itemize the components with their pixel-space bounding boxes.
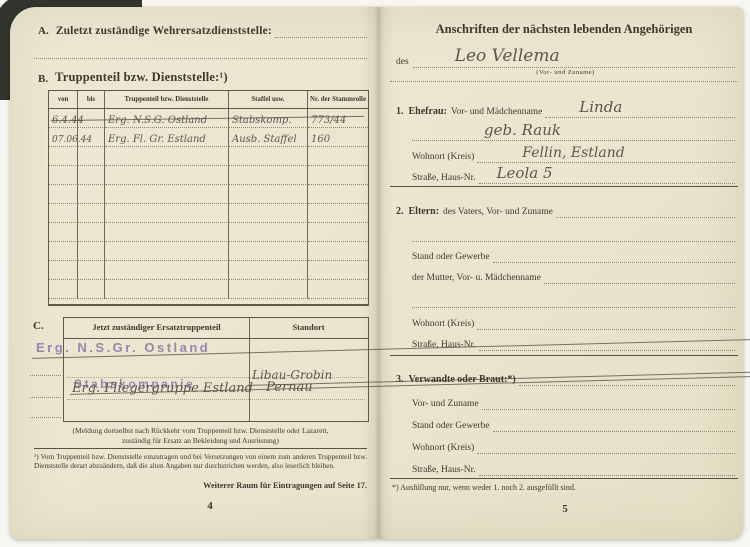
s3-number: 3. xyxy=(396,374,404,386)
empty-cell xyxy=(105,147,229,166)
blank-dotted-line xyxy=(34,58,367,59)
dotted-leader xyxy=(544,263,735,284)
s3-stand-label: Stand oder Gewerbe xyxy=(412,421,490,432)
s2-mutter-label: der Mutter, Vor- u. Mädchenname xyxy=(412,273,541,284)
col-header-von: von xyxy=(49,91,78,109)
meldung-note-line2: zuständig für Ersatz an Bekleidung und A… xyxy=(34,436,367,446)
empty-cell xyxy=(105,280,229,299)
cell-stammrolle: 160 xyxy=(308,128,368,147)
s2-row-vater: 2. Eltern: des Vaters, Vor- und Zuname xyxy=(396,196,735,218)
empty-cell xyxy=(308,242,368,261)
empty-cell xyxy=(308,204,368,223)
right-footnote: *) Ausfüllung nur, wenn weder 1. noch 2.… xyxy=(392,483,732,492)
cell-bis xyxy=(78,128,105,147)
s3-name-label: Vor- und Zuname xyxy=(412,399,479,410)
footnote-separator xyxy=(390,478,738,479)
blank-dotted-line xyxy=(390,81,738,82)
dotted-leader: Linda xyxy=(545,93,735,118)
empty-cell xyxy=(229,280,308,299)
s1-strasse-value: Leola 5 xyxy=(497,164,553,182)
meldung-note-line1: (Meldung dortselbst nach Rückkehr vom Tr… xyxy=(34,426,367,436)
s2-row-strasse: Straße, Haus-Nr. xyxy=(412,331,735,351)
entry-staffel-2: Ausb. Staffel xyxy=(232,134,297,145)
dotted-leader xyxy=(479,455,735,476)
s3-wohnort-label: Wohnort (Kreis) xyxy=(412,443,474,454)
more-room-note: Weiterer Raum für Eintragungen auf Seite… xyxy=(34,481,367,490)
dotted-leader xyxy=(477,309,735,330)
header-underline xyxy=(64,338,368,339)
dotted-leader xyxy=(482,389,735,410)
dotted-leader xyxy=(556,195,735,218)
name-hint: (Vor- und Zuname) xyxy=(396,69,735,76)
empty-cell xyxy=(229,204,308,223)
s2-number: 2. xyxy=(396,206,404,218)
document-scan: A. Zuletzt zuständige Wehrersatzdienstst… xyxy=(0,0,750,547)
empty-cell xyxy=(105,166,229,185)
s3-row-wohnort: Wohnort (Kreis) xyxy=(412,434,735,454)
s1-row-wohnort: Wohnort (Kreis) Fellin, Estland xyxy=(412,141,735,163)
empty-cell xyxy=(105,242,229,261)
dotted-leader xyxy=(479,330,735,351)
empty-cell xyxy=(308,261,368,280)
c-row-dotted-line xyxy=(67,399,365,400)
s1-row-geb: geb. Rauk xyxy=(412,119,735,141)
dotted-leader xyxy=(519,365,735,386)
s1-row-name: 1. Ehefrau: Vor- und Mädchenname Linda xyxy=(396,94,735,118)
section-b-title: Truppenteil bzw. Dienststelle:¹) xyxy=(55,70,228,86)
section-b-letter: B. xyxy=(38,73,48,86)
empty-cell xyxy=(78,280,105,299)
page-number-left: 4 xyxy=(150,500,270,512)
empty-cell xyxy=(49,280,78,299)
s3-strasse-label: Straße, Haus-Nr. xyxy=(412,465,476,476)
section-a-title: Zuletzt zuständige Wehrersatzdienststell… xyxy=(56,25,272,38)
empty-cell xyxy=(105,223,229,242)
unit-assignments-table: von bis Truppenteil bzw. Dienststelle St… xyxy=(48,90,369,306)
empty-cell xyxy=(78,261,105,280)
empty-cell xyxy=(78,166,105,185)
left-footnote: ¹) Vom Truppenteil bzw. Dienststelle ein… xyxy=(34,452,367,470)
section-a-row: A. Zuletzt zuständige Wehrersatzdienstst… xyxy=(38,20,367,38)
empty-cell xyxy=(229,185,308,204)
dotted-leader: geb. Rauk xyxy=(412,118,735,141)
col-header-unit: Truppenteil bzw. Dienststelle xyxy=(105,91,229,109)
s1-name-value: Linda xyxy=(579,98,622,116)
empty-cell xyxy=(78,147,105,166)
empty-cell xyxy=(229,242,308,261)
s1-strasse-label: Straße, Haus-Nr. xyxy=(412,173,476,184)
empty-cell xyxy=(49,261,78,280)
s2-stand-label: Stand oder Gewerbe xyxy=(412,252,490,263)
empty-cell xyxy=(229,166,308,185)
empty-cell xyxy=(308,223,368,242)
margin-dotted-segment xyxy=(30,397,61,398)
margin-dotted-segment xyxy=(30,417,61,418)
empty-cell xyxy=(49,166,78,185)
empty-cell xyxy=(308,185,368,204)
s1-wohnort-value: Fellin, Estland xyxy=(522,145,624,161)
empty-cell xyxy=(308,147,368,166)
empty-cell xyxy=(49,204,78,223)
cell-unit: Erg. Fl. Gr. Estland xyxy=(105,128,229,147)
s2-label: des Vaters, Vor- und Zuname xyxy=(443,207,553,218)
empty-cell xyxy=(78,223,105,242)
cell-stammrolle: 773/44 xyxy=(308,109,368,128)
s3-row-stand: Stand oder Gewerbe xyxy=(412,412,735,432)
empty-cell xyxy=(308,280,368,299)
empty-cell xyxy=(78,242,105,261)
dotted-leader xyxy=(275,19,367,38)
s2-key: Eltern: xyxy=(409,206,440,218)
des-label: des xyxy=(396,57,409,68)
cell-von: 07.06.44 xyxy=(49,128,78,147)
s2-strasse-label: Straße, Haus-Nr. xyxy=(412,340,476,351)
col-header-stammrolle: Nr. der Stammrolle xyxy=(308,91,368,109)
cell-von: 6.4.44 xyxy=(49,109,78,128)
c-header-standort: Standort xyxy=(249,322,368,332)
section-c-letter: C. xyxy=(33,320,44,332)
entry-unit-2: Erg. Fl. Gr. Estland xyxy=(108,134,206,145)
s1-row-strasse: Straße, Haus-Nr. Leola 5 xyxy=(412,162,735,184)
col-header-staffel: Staffel usw. xyxy=(229,91,308,109)
empty-cell xyxy=(105,204,229,223)
section-divider xyxy=(390,186,738,187)
s2-row-mutter: der Mutter, Vor- u. Mädchenname xyxy=(412,264,735,284)
cell-staffel: Ausb. Staffel xyxy=(229,128,308,147)
empty-cell xyxy=(49,223,78,242)
c-header-unit: Jetzt zuständiger Ersatztruppenteil xyxy=(64,322,249,332)
s3-key: Verwandte oder Braut:*) xyxy=(409,374,516,386)
page-number-right: 5 xyxy=(505,503,625,515)
dotted-leader xyxy=(412,221,735,242)
col-header-bis: bis xyxy=(78,91,105,109)
s3-row-title: 3. Verwandte oder Braut:*) xyxy=(396,366,735,386)
empty-cell xyxy=(78,204,105,223)
empty-cell xyxy=(49,185,78,204)
empty-cell xyxy=(308,166,368,185)
s1-label: Vor- und Mädchenname xyxy=(451,107,542,118)
owner-name-handwriting: Leo Vellema xyxy=(455,46,560,66)
empty-cell xyxy=(229,261,308,280)
replacement-unit-entry: Erg. Fliegergruppe Estland xyxy=(72,381,253,396)
footnote-separator xyxy=(34,448,367,449)
dotted-leader: Fellin, Estland xyxy=(477,140,735,163)
s3-row-strasse: Straße, Haus-Nr. xyxy=(412,456,735,476)
section-b-row: B. Truppenteil bzw. Dienststelle:¹) xyxy=(38,68,367,86)
s2-row-stand: Stand oder Gewerbe xyxy=(412,243,735,263)
entry-nr-2: 160 xyxy=(311,134,330,145)
column-divider xyxy=(249,318,250,421)
s2-row-wohnort: Wohnort (Kreis) xyxy=(412,310,735,330)
dotted-leader: Leola 5 xyxy=(479,161,735,184)
s2-wohnort-label: Wohnort (Kreis) xyxy=(412,319,474,330)
dotted-leader xyxy=(412,287,735,308)
s3-row-name: Vor- und Zuname xyxy=(412,390,735,410)
empty-cell xyxy=(49,242,78,261)
dotted-leader xyxy=(493,411,735,432)
standort-entry: Pernau xyxy=(266,380,313,395)
s1-number: 1. xyxy=(396,106,404,118)
page-title: Anschriften der nächsten lebenden Angehö… xyxy=(390,22,738,37)
empty-cell xyxy=(105,185,229,204)
empty-cell xyxy=(78,185,105,204)
entry-unit-1: Erg. N.S.G. Ostland xyxy=(108,115,207,126)
s1-maiden-name-value: geb. Rauk xyxy=(484,121,561,139)
empty-cell xyxy=(229,147,308,166)
dotted-leader xyxy=(493,242,735,263)
empty-cell xyxy=(49,147,78,166)
dotted-leader xyxy=(477,433,735,454)
s2-row-blank2 xyxy=(412,288,735,308)
section-a-letter: A. xyxy=(38,25,49,38)
empty-cell xyxy=(229,223,308,242)
dotted-leader: Leo Vellema xyxy=(413,43,735,68)
margin-dotted-segment xyxy=(30,375,61,376)
section-divider xyxy=(390,355,738,356)
s1-key: Ehefrau: xyxy=(409,106,447,118)
empty-cell xyxy=(105,261,229,280)
s2-row-blank xyxy=(412,222,735,242)
name-row: des Leo Vellema xyxy=(396,44,735,68)
